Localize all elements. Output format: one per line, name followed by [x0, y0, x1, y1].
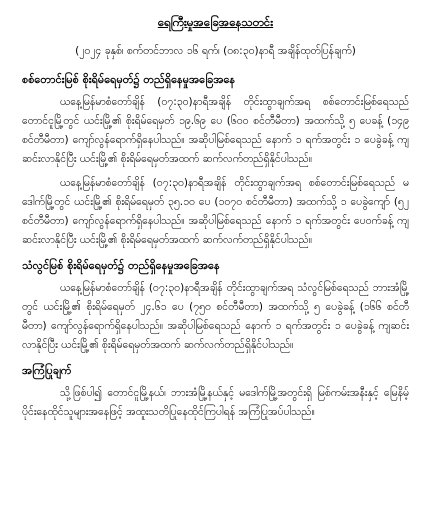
- flood-bulletin-page: ရေကြီးမှုအခြေအနေသတင်း (၂၀၂၄ ခုနှစ်၊ စက်တ…: [0, 0, 431, 514]
- section-recommendation: အကြံပြုချက် သို့ဖြစ်ပါ၍ တောင်ငူမြို့နယ်၊…: [22, 361, 409, 422]
- paragraph-sittaung-taungoo: ယနေ့မြန်မာစံတော်ချိန် (၀၇:၃၀)နာရီအချိန် …: [22, 93, 409, 169]
- document-dateline: (၂၀၂၄ ခုနှစ်၊ စက်တင်ဘာလ ၁၆ ရက်၊ (၀၈:၃၀)န…: [22, 42, 409, 60]
- section-heading-thanlwin: သံလွင်မြစ် စိုးရိမ်ရေမှတ်၌ တည်ရှိနေမှုအခ…: [22, 256, 409, 275]
- section-thanlwin-river: သံလွင်မြစ် စိုးရိမ်ရေမှတ်၌ တည်ရှိနေမှုအခ…: [22, 256, 409, 355]
- section-heading-sittaung: စစ်တောင်းမြစ် စိုးရိမ်ရေမှတ်၌ တည်ရှိနေမှ…: [22, 70, 409, 89]
- paragraph-sittaung-madauk: ယနေ့မြန်မာစံတော်ချိန် (၀၇:၃၀)နာရီအချိန် …: [22, 174, 409, 250]
- section-heading-recommendation: အကြံပြုချက်: [22, 361, 409, 380]
- section-sittaung-river: စစ်တောင်းမြစ် စိုးရိမ်ရေမှတ်၌ တည်ရှိနေမှ…: [22, 70, 409, 250]
- document-title: ရေကြီးမှုအခြေအနေသတင်း: [22, 12, 409, 32]
- paragraph-thanlwin-hpaan: ယနေ့မြန်မာစံတော်ချိန် (၀၇:၃၀)နာရီအချိန် …: [22, 279, 409, 355]
- paragraph-recommendation: သို့ဖြစ်ပါ၍ တောင်ငူမြို့နယ်၊ ဘားအံမြို့န…: [22, 384, 409, 422]
